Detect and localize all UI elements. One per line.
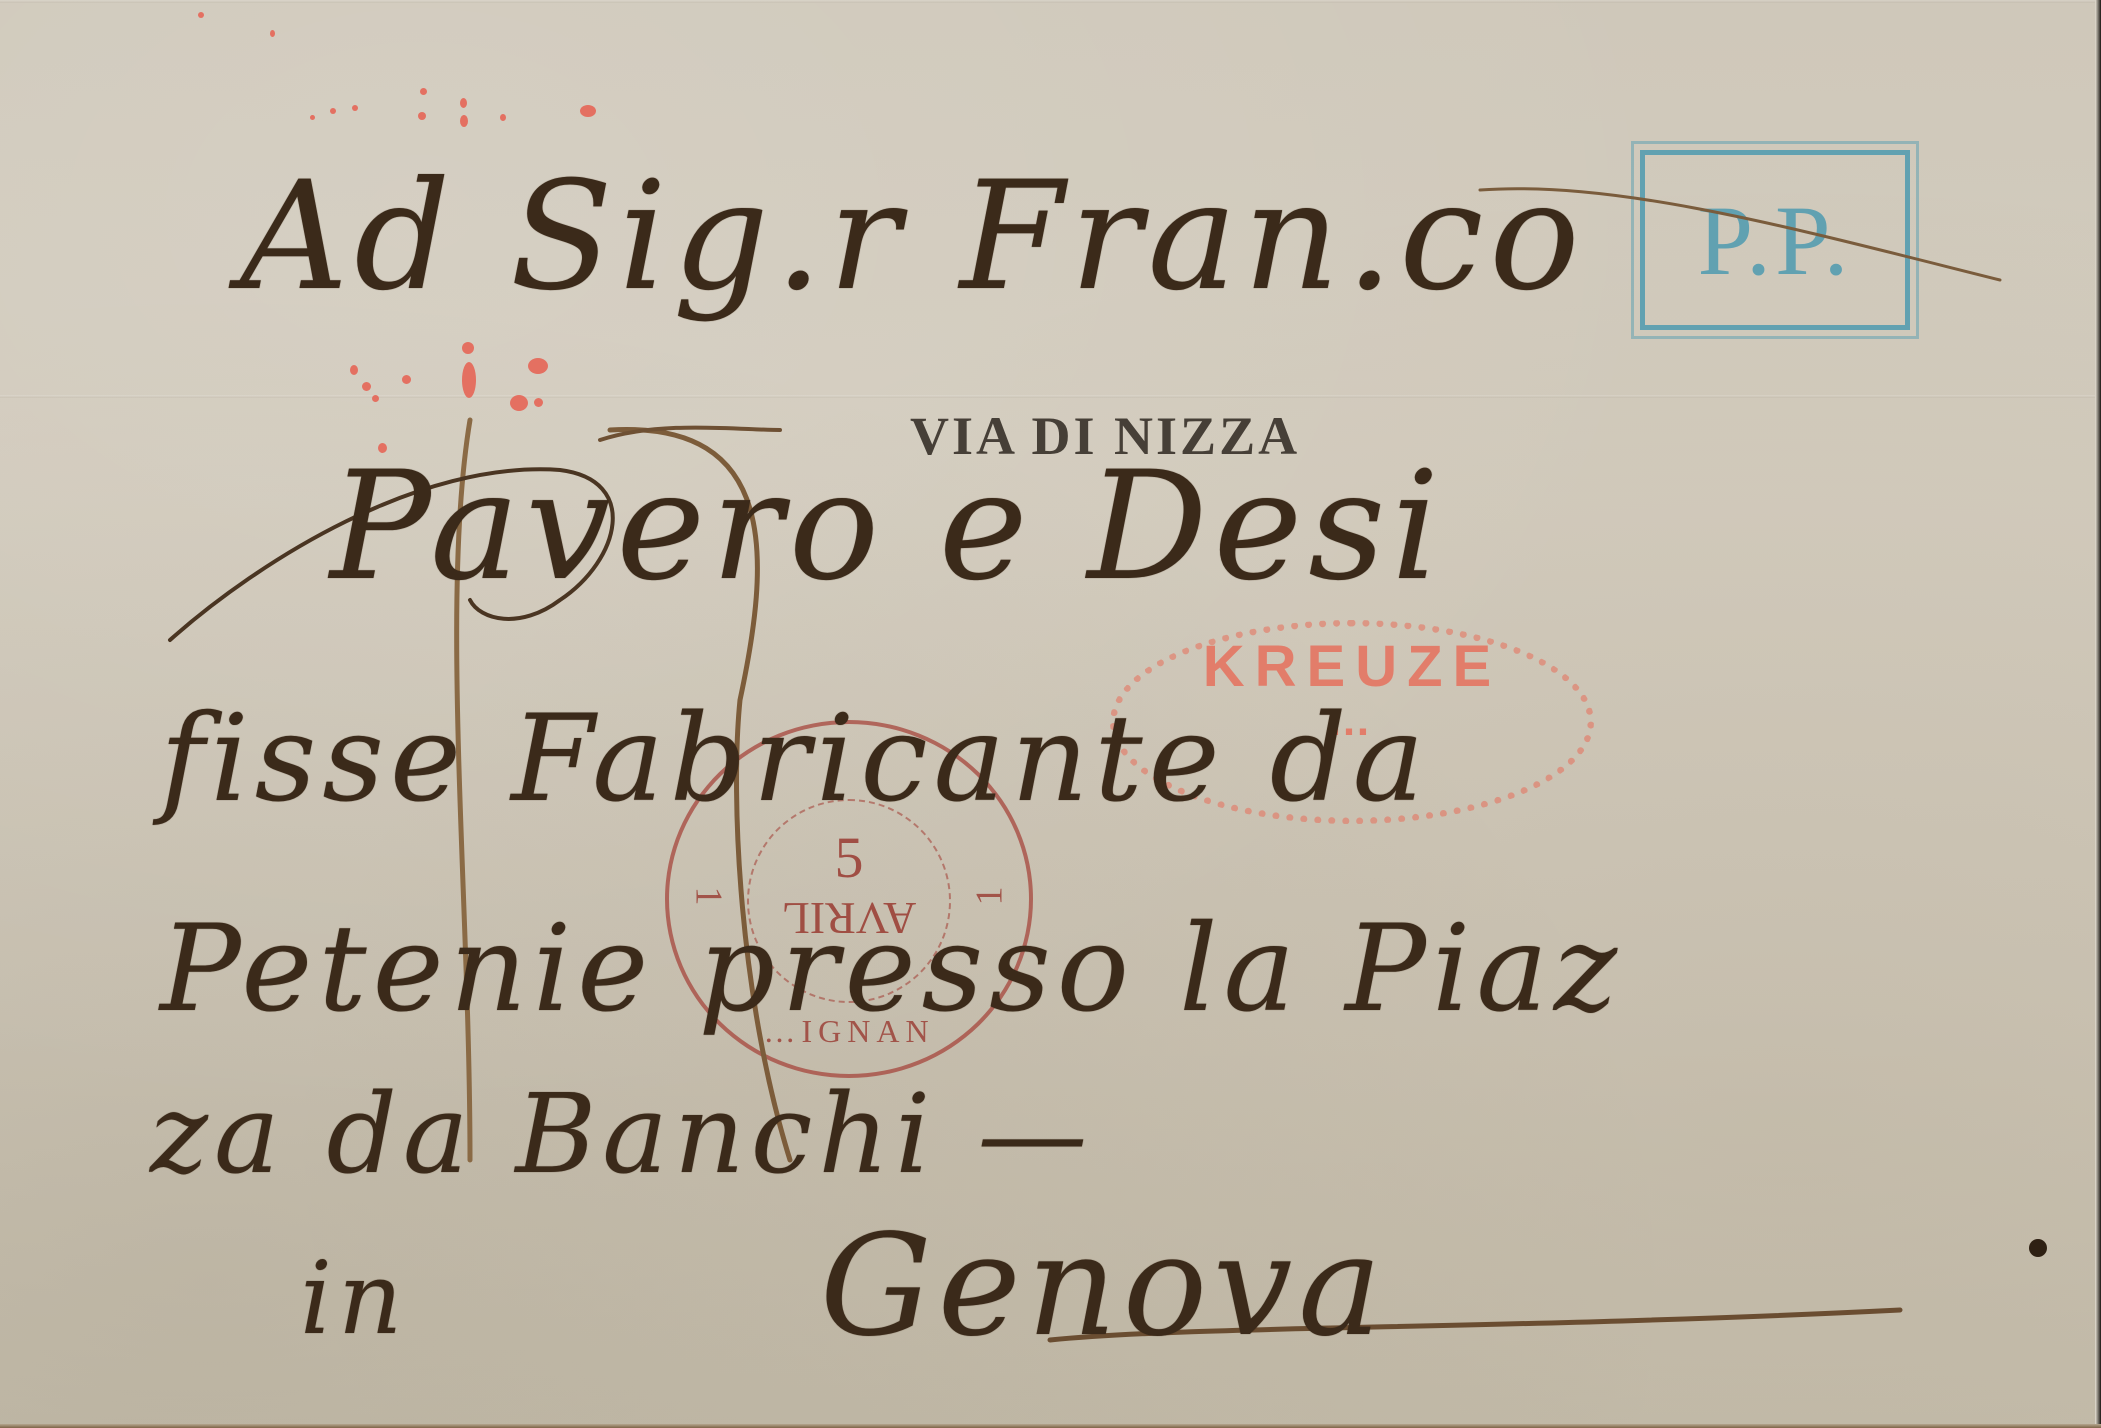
postal-cover: P.P. VIA DI NIZZA KREUZE … 1 1 5 AVRIL …… (0, 0, 2101, 1428)
address-line-2: Pavero e Desi (330, 440, 1445, 614)
address-line-4: Petenie presso la Piaz (160, 900, 1623, 1039)
address-city: Genova (820, 1205, 1388, 1368)
address-line-3: fisse Fabricante da (160, 690, 1430, 829)
address-line-5: za da Banchi — (150, 1070, 1093, 1198)
address-line-1: Ad Sig.r Fran.co (240, 150, 1586, 324)
address-line-6-prefix: in (300, 1240, 408, 1357)
